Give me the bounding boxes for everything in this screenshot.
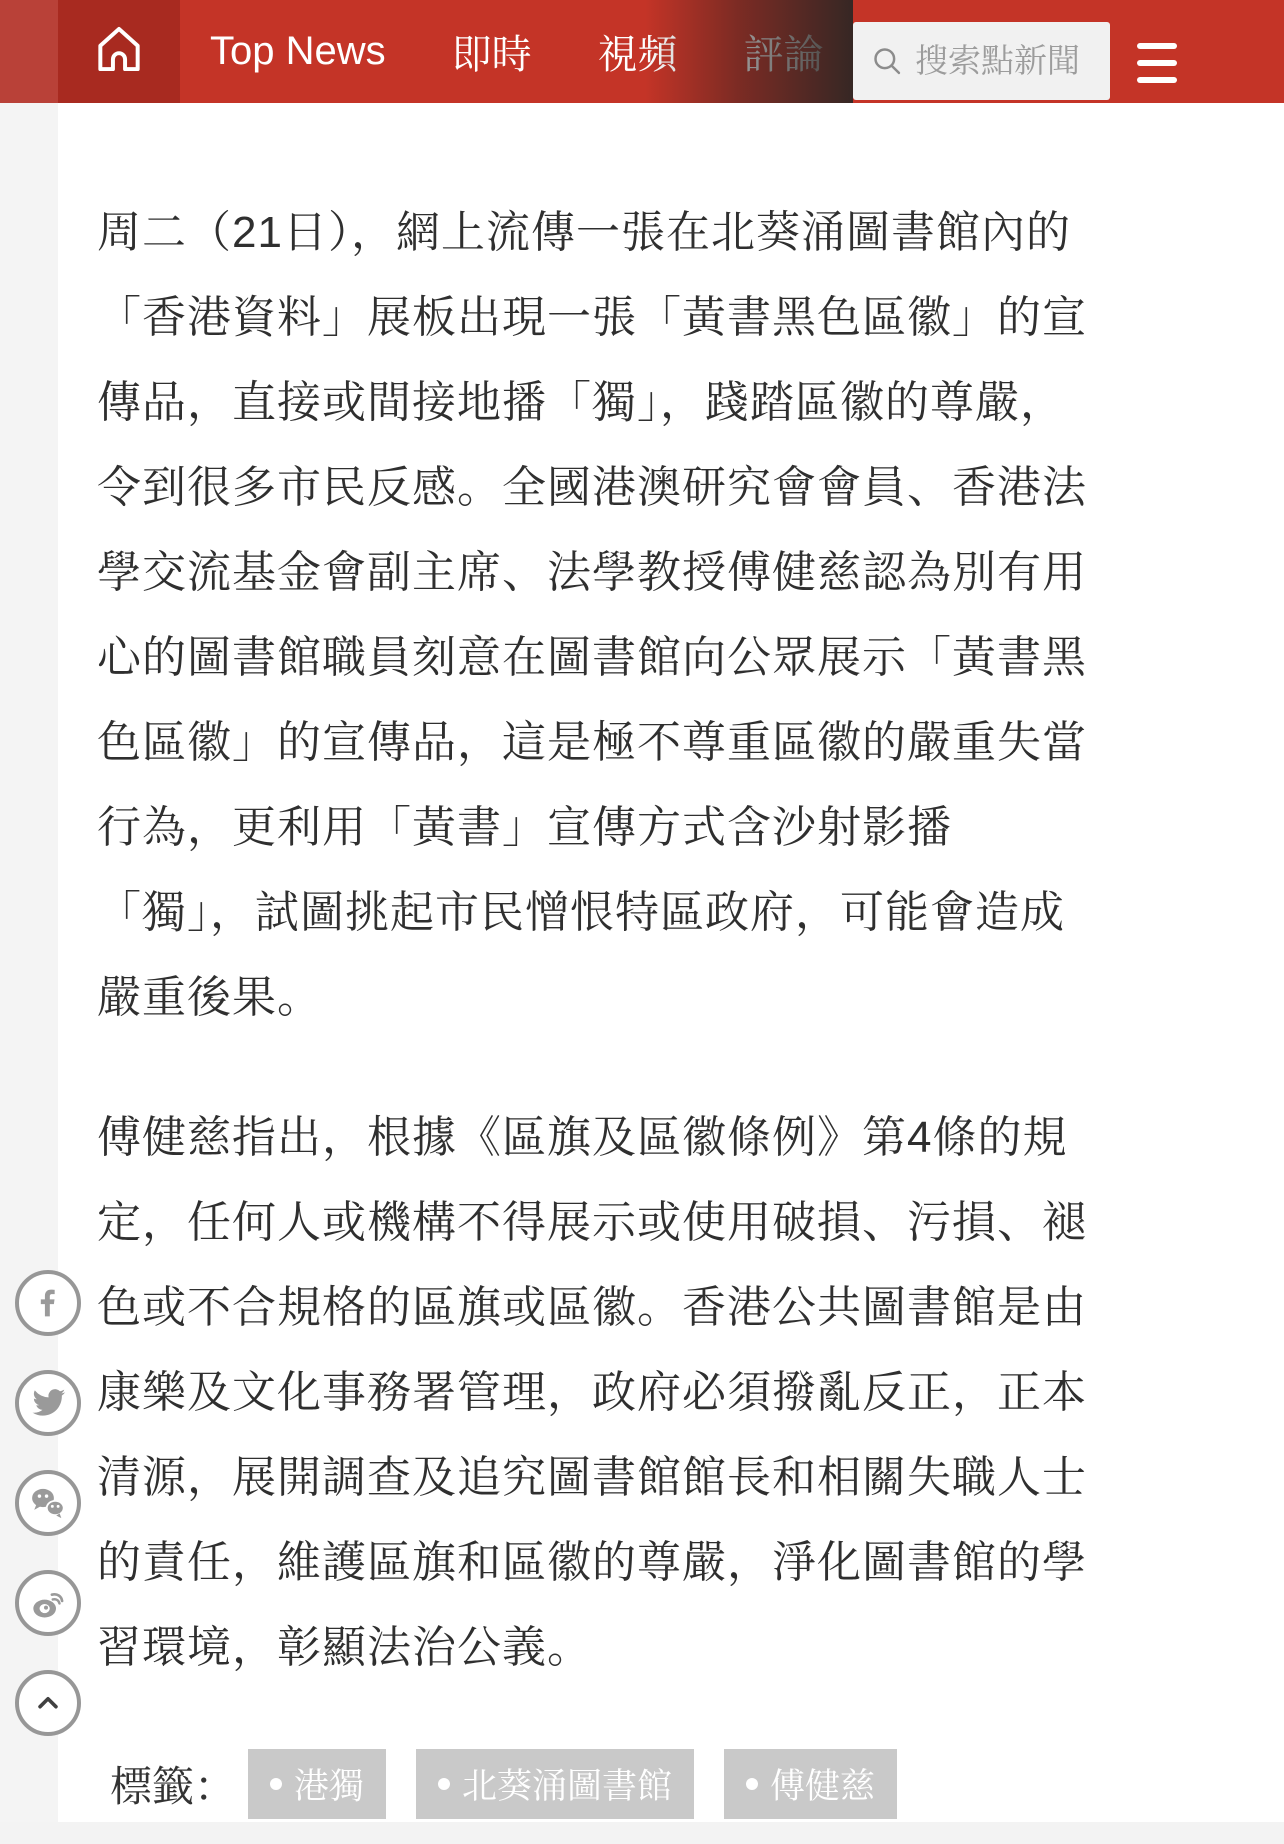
article-line: 的責任，維護區旗和區徽的尊嚴，淨化圖書館的學	[97, 1520, 1247, 1605]
article-line: 行為，更利用「黃書」宣傳方式含沙射影播	[97, 785, 1247, 870]
hamburger-menu-icon[interactable]	[1137, 43, 1177, 83]
news-article-page: Top News即時視頻評論 周二（21日），網上流傳一張在北葵涌圖書館內的「香…	[0, 0, 1284, 1844]
top-nav-bar: Top News即時視頻評論	[0, 0, 1284, 103]
paragraph-1: 周二（21日），網上流傳一張在北葵涌圖書館內的「香港資料」展板出現一張「黃書黑色…	[97, 190, 1247, 1040]
paragraph-2: 傅健慈指出，根據《區旗及區徽條例》第4條的規定，任何人或機構不得展示或使用破損、…	[97, 1095, 1247, 1690]
twitter-icon	[30, 1385, 66, 1421]
weibo-icon	[28, 1583, 68, 1623]
search-input[interactable]	[913, 41, 1107, 81]
chevron-up-icon	[30, 1685, 66, 1721]
share-rail	[15, 1270, 81, 1736]
home-button[interactable]	[58, 0, 180, 103]
article-line: 康樂及文化事務署管理，政府必須撥亂反正，正本	[97, 1350, 1247, 1435]
tag-chip-1[interactable]: 港獨	[248, 1749, 386, 1819]
search-box[interactable]	[853, 22, 1110, 100]
tag-label: 北葵涌圖書館	[462, 1759, 672, 1809]
header-left-strip	[0, 0, 58, 103]
article-line: 習環境，彰顯法治公義。	[97, 1605, 1247, 1690]
article-line: 清源，展開調查及追究圖書館館長和相關失職人士	[97, 1435, 1247, 1520]
wechat-share-button[interactable]	[15, 1470, 81, 1536]
nav-item-3[interactable]: 視頻	[598, 23, 678, 80]
article-line: 心的圖書館職員刻意在圖書館向公眾展示「黃書黑	[97, 615, 1247, 700]
tag-label: 傅健慈	[770, 1759, 875, 1809]
tag-label: 港獨	[294, 1759, 364, 1809]
nav-item-4[interactable]: 評論	[744, 23, 824, 80]
article-line: 嚴重後果。	[97, 955, 1247, 1040]
home-icon	[91, 21, 147, 82]
article-body: 周二（21日），網上流傳一張在北葵涌圖書館內的「香港資料」展板出現一張「黃書黑色…	[97, 103, 1247, 1690]
facebook-share-button[interactable]	[15, 1270, 81, 1336]
article-line: 定，任何人或機構不得展示或使用破損、污損、褪	[97, 1180, 1247, 1265]
article-line: 令到很多市民反感。全國港澳研究會會員、香港法	[97, 445, 1247, 530]
nav-item-1[interactable]: Top News	[210, 29, 386, 74]
article-line: 「香港資料」展板出現一張「黃書黑色區徽」的宣	[97, 275, 1247, 360]
twitter-share-button[interactable]	[15, 1370, 81, 1436]
article-line: 「獨」，試圖挑起市民憎恨特區政府，可能會造成	[97, 870, 1247, 955]
nav-menu: Top News即時視頻評論	[180, 0, 824, 103]
tag-bullet-icon	[746, 1778, 758, 1790]
tag-bullet-icon	[270, 1778, 282, 1790]
wechat-icon	[28, 1483, 68, 1523]
article-line: 色或不合規格的區旗或區徽。香港公共圖書館是由	[97, 1265, 1247, 1350]
article-line: 學交流基金會副主席、法學教授傅健慈認為別有用	[97, 530, 1247, 615]
scroll-to-top-button[interactable]	[15, 1670, 81, 1736]
facebook-icon	[32, 1287, 64, 1319]
tag-list: 港獨北葵涌圖書館傅健慈	[248, 1749, 897, 1819]
article-line: 周二（21日），網上流傳一張在北葵涌圖書館內的	[97, 190, 1247, 275]
article-line: 傳品，直接或間接地播「獨」，踐踏區徽的尊嚴，	[97, 360, 1247, 445]
article-line: 色區徽」的宣傳品，這是極不尊重區徽的嚴重失當	[97, 700, 1247, 785]
weibo-share-button[interactable]	[15, 1570, 81, 1636]
tags-row: 標籤： 港獨北葵涌圖書館傅健慈	[110, 1748, 897, 1820]
tag-chip-3[interactable]: 傅健慈	[724, 1749, 897, 1819]
search-icon	[871, 45, 903, 77]
footer-strip	[0, 1822, 1284, 1844]
tags-label: 標籤：	[110, 1754, 236, 1814]
nav-item-2[interactable]: 即時	[452, 23, 532, 80]
tag-bullet-icon	[438, 1778, 450, 1790]
article-line: 傅健慈指出，根據《區旗及區徽條例》第4條的規	[97, 1095, 1247, 1180]
tag-chip-2[interactable]: 北葵涌圖書館	[416, 1749, 694, 1819]
